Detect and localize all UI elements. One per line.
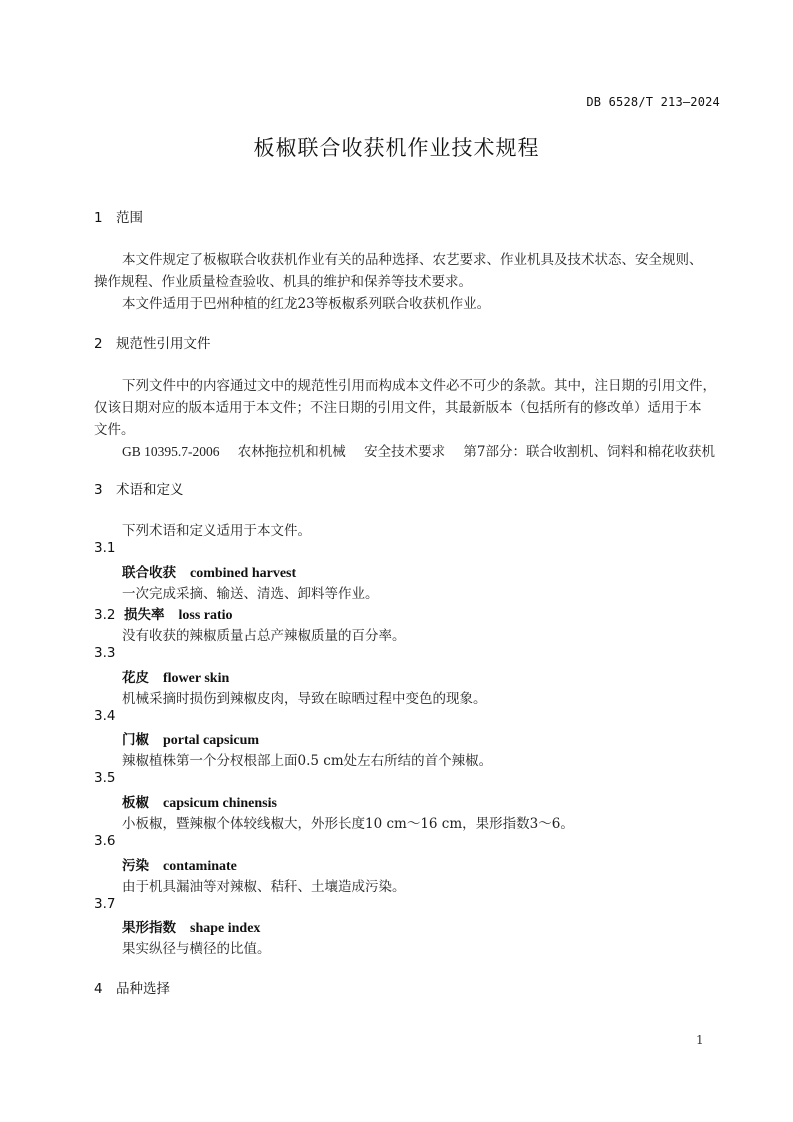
reference-title-part1: 农林拖拉机和机械 [238,444,346,460]
term-heading: 污染contaminate [122,854,237,875]
reference-entry: GB 10395.7-2006 农林拖拉机和机械 安全技术要求 第7部分：联合收… [122,440,715,460]
terms-intro: 下列术语和定义适用于本文件。 [122,519,311,539]
document-page: DB 6528/T 213—2024 板椒联合收获机作业技术规程 1范围 本文件… [0,0,793,1122]
term-number: 3.6 [94,833,115,849]
section-number: 2 [94,336,116,352]
term-definition: 辣椒植株第一个分杈根部上面0.5 cm处左右所结的首个辣椒。 [122,749,492,769]
scope-paragraph-line1: 本文件规定了板椒联合收获机作业有关的品种选择、农艺要求、作业机具及技术状态、安全… [122,248,703,268]
term-definition: 由于机具漏油等对辣椒、秸秆、土壤造成污染。 [122,875,406,895]
term-en: combined harvest [190,566,296,581]
standard-code: DB 6528/T 213—2024 [586,95,720,109]
term-en: capsicum chinensis [163,796,277,811]
term-en: shape index [190,921,260,936]
references-paragraph-line1: 下列文件中的内容通过文中的规范性引用而构成本文件必不可少的条款。其中，注日期的引… [122,374,716,394]
section-number: 4 [94,981,116,997]
reference-title-part3: 第7部分：联合收割机、饲料和棉花收获机 [463,444,715,460]
references-paragraph-line2: 仅该日期对应的版本适用于本文件；不注日期的引用文件，其最新版本（包括所有的修改单… [94,396,702,416]
term-heading: 联合收获combined harvest [122,561,296,582]
term-zh: 污染 [122,858,149,874]
term-definition: 没有收获的辣椒质量占总产辣椒质量的百分率。 [122,624,406,644]
term-heading: 板椒capsicum chinensis [122,791,277,812]
term-number: 3.7 [94,896,115,912]
section-1-heading: 1范围 [94,206,143,226]
term-en: portal capsicum [163,733,259,748]
section-title: 术语和定义 [116,482,184,498]
scope-paragraph-line2: 操作规程、作业质量检查验收、机具的维护和保养等技术要求。 [94,270,472,290]
section-4-heading: 4品种选择 [94,977,170,997]
term-en: contaminate [163,859,237,874]
term-heading: 门椒portal capsicum [122,728,259,749]
term-number: 3.5 [94,770,115,786]
section-2-heading: 2规范性引用文件 [94,332,211,352]
section-number: 3 [94,482,116,498]
term-number: 3.1 [94,540,115,556]
section-number: 1 [94,210,116,226]
term-zh: 联合收获 [122,565,176,581]
section-3-heading: 3术语和定义 [94,478,184,498]
section-title: 品种选择 [116,981,170,997]
term-zh: 板椒 [122,795,149,811]
term-definition: 小板椒，暨辣椒个体较线椒大，外形长度10 cm～16 cm，果形指数3～6。 [122,812,574,832]
term-number: 3.4 [94,708,115,724]
term-heading: 3.2损失率loss ratio [94,603,233,624]
document-title: 板椒联合收获机作业技术规程 [0,132,793,162]
reference-code: GB 10395.7-2006 [122,444,220,459]
term-heading: 果形指数shape index [122,916,260,937]
term-definition: 果实纵径与横径的比值。 [122,937,271,957]
references-paragraph-line3: 文件。 [94,418,135,438]
section-title: 范围 [116,210,143,226]
term-zh: 损失率 [124,607,165,623]
term-number: 3.3 [94,645,115,661]
term-number: 3.2 [94,607,124,623]
term-en: loss ratio [179,608,233,623]
term-zh: 门椒 [122,732,149,748]
term-heading: 花皮flower skin [122,666,229,687]
term-zh: 花皮 [122,670,149,686]
page-number: 1 [696,1033,704,1047]
section-title: 规范性引用文件 [116,336,211,352]
term-definition: 机械采摘时损伤到辣椒皮肉，导致在晾晒过程中变色的现象。 [122,687,487,707]
reference-title-part2: 安全技术要求 [364,444,445,460]
term-zh: 果形指数 [122,920,176,936]
term-en: flower skin [163,671,229,686]
scope-applicability: 本文件适用于巴州种植的红龙23等板椒系列联合收获机作业。 [122,292,490,312]
term-definition: 一次完成采摘、输送、清选、卸料等作业。 [122,582,379,602]
